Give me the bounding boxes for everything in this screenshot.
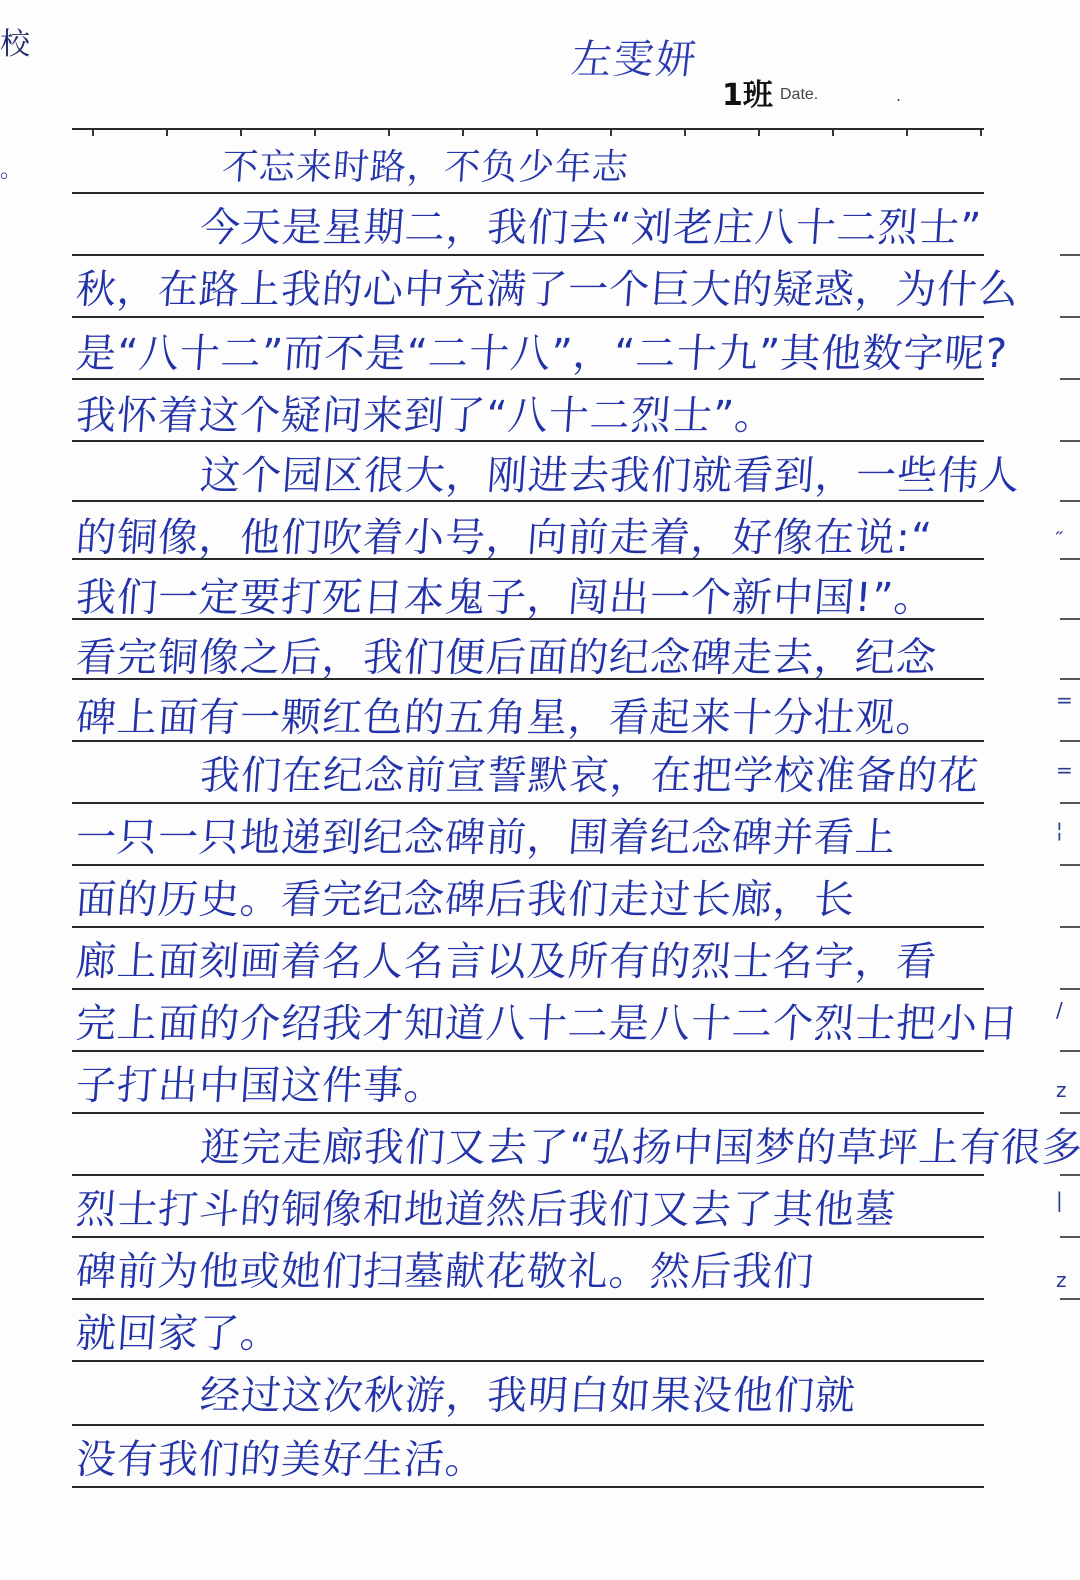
essay-title: 不忘来时路，不负少年志 <box>221 150 1080 186</box>
date-label: Date. <box>780 86 818 104</box>
margin-rule-stub <box>1060 500 1080 502</box>
margin-bleed-glyph: = <box>1056 760 1073 780</box>
essay-line: 子打出中国这件事。 <box>75 1066 1038 1106</box>
line-rule <box>72 1112 984 1114</box>
margin-rule-stub <box>1060 618 1080 620</box>
ruler-tick <box>388 130 390 136</box>
line-rule <box>72 500 984 502</box>
line-rule <box>72 864 984 866</box>
margin-bleed-glyph: / <box>1056 1000 1063 1020</box>
essay-line: 我们一定要打死日本鬼子，闯出一个新中国!”。 <box>75 578 1038 618</box>
margin-rule-stub <box>1060 254 1080 256</box>
essay-line: 的铜像，他们吹着小号，向前走着，好像在说:“ <box>75 518 1038 558</box>
essay-line: 碑上面有一颗红色的五角星，看起来十分壮观。 <box>75 698 1038 738</box>
class-label: 1班 <box>722 70 773 114</box>
line-rule <box>72 1298 984 1300</box>
essay-line: 我怀着这个疑问来到了“八十二烈士”。 <box>75 396 1038 436</box>
margin-rule-stub <box>1060 1236 1080 1238</box>
ruler-tick <box>462 130 464 136</box>
margin-rule-stub <box>1060 740 1080 742</box>
line-rule <box>72 316 984 318</box>
ruler-tick <box>980 130 982 136</box>
margin-bleed-glyph: ˶ <box>1056 520 1063 540</box>
margin-rule-stub <box>1060 1050 1080 1052</box>
essay-line: 就回家了。 <box>75 1314 1038 1354</box>
line-rule <box>72 618 984 620</box>
essay-line: 我们在纪念前宣誓默哀，在把学校准备的花 <box>199 756 1080 796</box>
margin-rule-stub <box>1060 1174 1080 1176</box>
line-rule <box>72 1236 984 1238</box>
essay-line: 一只一只地递到纪念碑前，围着纪念碑并看上 <box>75 818 1038 858</box>
ruler-tick <box>832 130 834 136</box>
essay-line: 完上面的介绍我才知道八十二是八十二个烈士把小日 <box>75 1004 1038 1044</box>
line-rule <box>72 440 984 442</box>
line-rule <box>72 1050 984 1052</box>
line-rule <box>72 802 984 804</box>
line-rule <box>72 192 984 194</box>
line-rule <box>72 740 984 742</box>
line-rule <box>72 988 984 990</box>
margin-bleed-glyph: z <box>1056 1080 1067 1100</box>
margin-bleed-glyph: 。 <box>0 160 22 182</box>
date-field-dot: . <box>896 86 901 105</box>
line-rule <box>72 378 984 380</box>
margin-bleed-glyph: = <box>1056 690 1073 710</box>
essay-line: 秋，在路上我的心中充满了一个巨大的疑惑，为什么 <box>75 270 1038 310</box>
margin-rule-stub <box>1060 1112 1080 1114</box>
margin-rule-stub <box>1060 864 1080 866</box>
line-rule <box>72 558 984 560</box>
margin-bleed-glyph: | <box>1056 1190 1063 1210</box>
ruler-tick <box>92 130 94 136</box>
header-rule <box>72 128 984 130</box>
ruler-tick <box>536 130 538 136</box>
ruler-tick <box>684 130 686 136</box>
margin-rule-stub <box>1060 558 1080 560</box>
margin-rule-stub <box>1060 802 1080 804</box>
margin-rule-stub <box>1060 316 1080 318</box>
essay-line: 是“八十二”而不是“二十八”，“二十九”其他数字呢? <box>75 334 1038 374</box>
ruler-tick <box>758 130 760 136</box>
margin-bleed-glyph: z <box>1056 1270 1067 1290</box>
essay-line: 没有我们的美好生活。 <box>75 1440 1038 1480</box>
student-name: 左雯妍 <box>569 28 701 85</box>
line-rule <box>72 1424 984 1426</box>
essay-line: 这个园区很大，刚进去我们就看到，一些伟人 <box>199 456 1080 496</box>
ruler-tick <box>610 130 612 136</box>
essay-line: 看完铜像之后，我们便后面的纪念碑走去，纪念 <box>75 638 1038 678</box>
margin-rule-stub <box>1060 988 1080 990</box>
margin-rule-stub <box>1060 1298 1080 1300</box>
margin-rule-stub <box>1060 378 1080 380</box>
line-rule <box>72 1174 984 1176</box>
essay-line: 今天是星期二，我们去“刘老庄八十二烈士” <box>199 208 1080 248</box>
margin-bleed-glyph: 校 <box>0 30 30 60</box>
line-rule <box>72 1486 984 1488</box>
line-rule <box>72 678 984 680</box>
margin-bleed-glyph: ¦ <box>1056 820 1063 840</box>
essay-line: 经过这次秋游，我明白如果没他们就 <box>199 1376 1080 1416</box>
essay-line: 烈士打斗的铜像和地道然后我们又去了其他墓 <box>75 1190 1038 1230</box>
essay-line: 逛完走廊我们又去了“弘扬中国梦的草坪上有很多 <box>199 1128 1080 1168</box>
ruler-tick <box>906 130 908 136</box>
essay-line: 面的历史。看完纪念碑后我们走过长廊，长 <box>75 880 1038 920</box>
ruler-tick <box>240 130 242 136</box>
line-rule <box>72 254 984 256</box>
ruler-tick <box>314 130 316 136</box>
margin-rule-stub <box>1060 926 1080 928</box>
line-rule <box>72 1360 984 1362</box>
margin-rule-stub <box>1060 678 1080 680</box>
line-rule <box>72 926 984 928</box>
essay-line: 廊上面刻画着名人名言以及所有的烈士名字，看 <box>75 942 1038 982</box>
notebook-page: 校 。 左雯妍 1班 Date. . 不忘来时路，不负少年志 今天是星期二，我们… <box>0 0 1080 1580</box>
ruler-tick <box>166 130 168 136</box>
margin-rule-stub <box>1060 440 1080 442</box>
essay-line: 碑前为他或她们扫墓献花敬礼。然后我们 <box>75 1252 1038 1292</box>
